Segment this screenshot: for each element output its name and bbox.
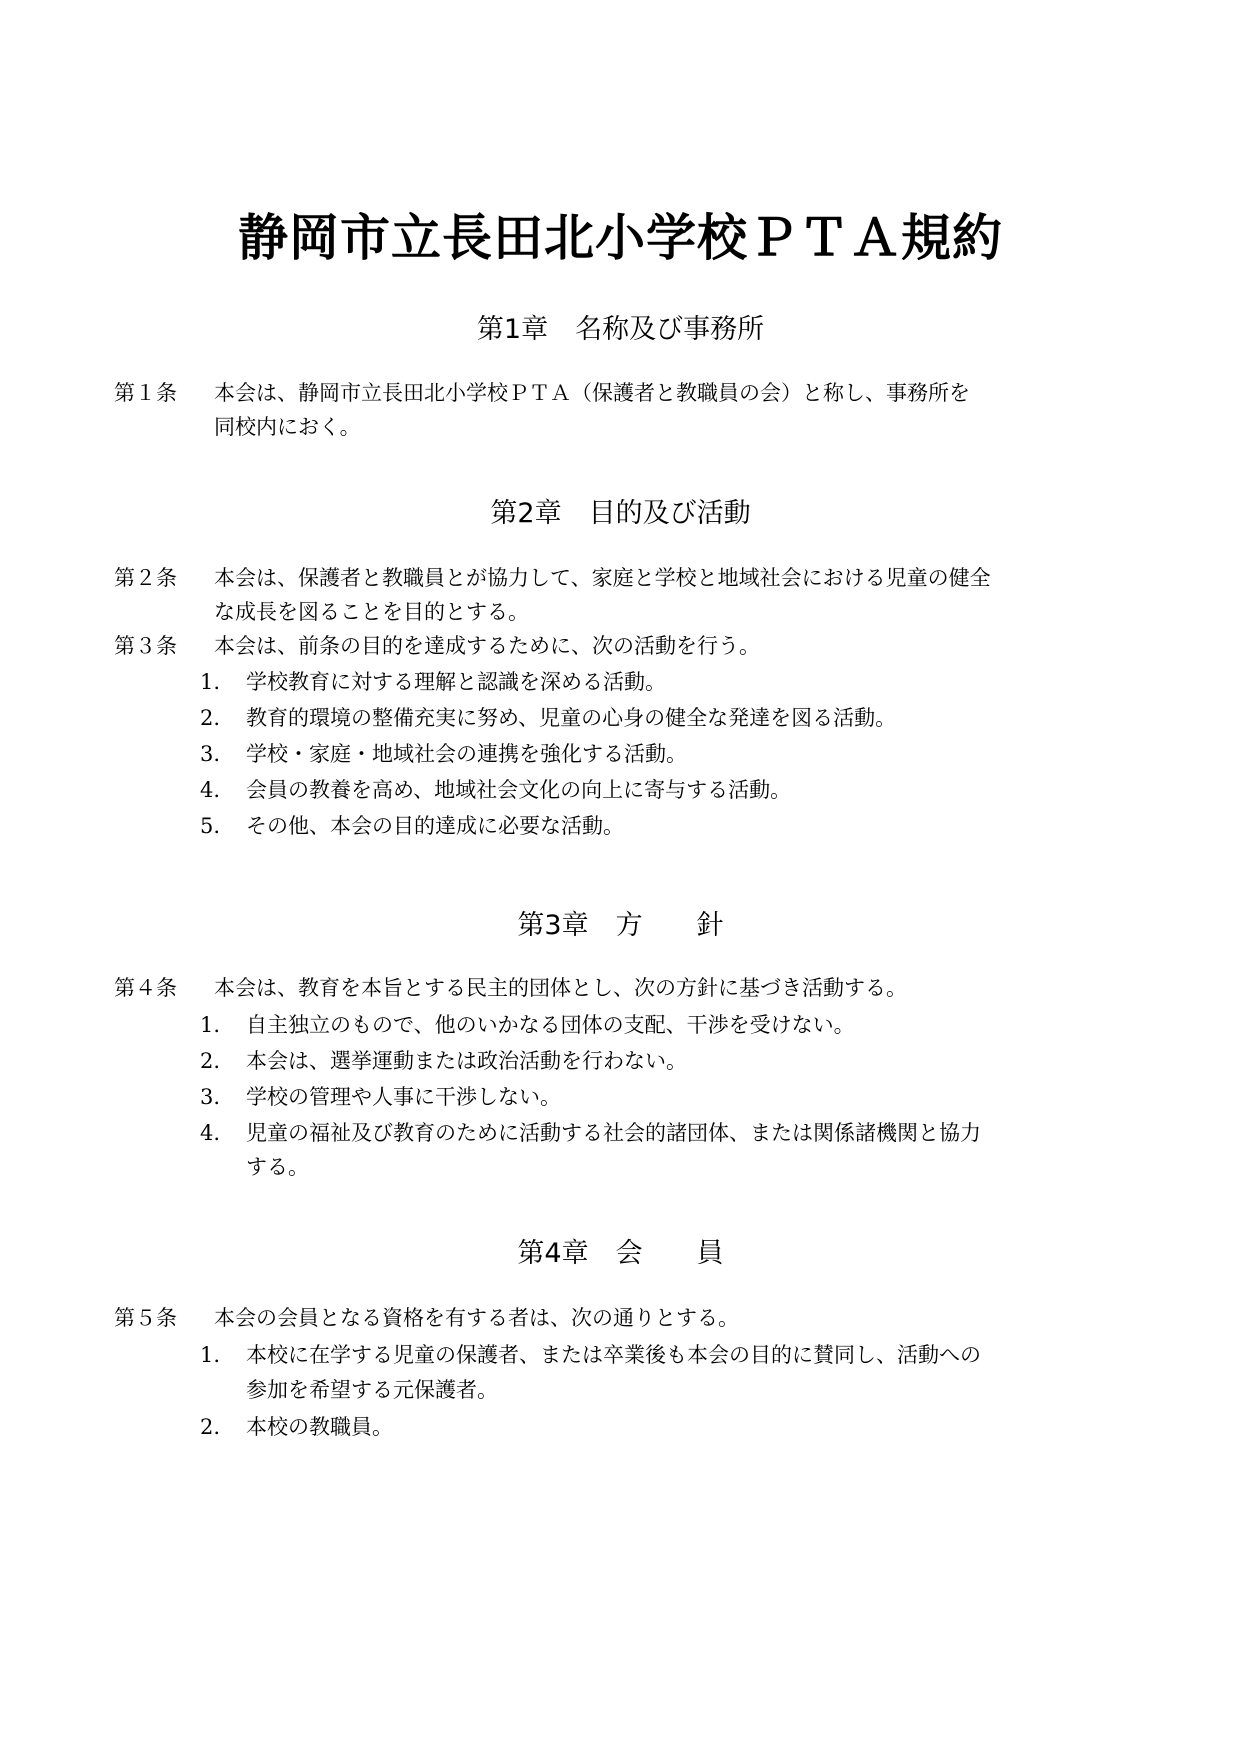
article-5-item-1-cont: 参加を希望する元保護者。 <box>246 1375 498 1405</box>
article-3-item-3: 学校・家庭・地域社会の連携を強化する活動。 <box>246 739 687 769</box>
document-title: 静岡市立長田北小学校ＰＴＡ規約 <box>0 206 1241 270</box>
article-4-item-2: 本会は、選挙運動または政治活動を行わない。 <box>246 1046 687 1076</box>
chapter-2-heading: 第2章 目的及び活動 <box>0 496 1241 532</box>
article-2-label: 第２条 <box>114 563 177 593</box>
article-3-item-4-num: 4. <box>200 775 220 805</box>
article-1-text-cont: 同校内におく。 <box>214 412 361 442</box>
article-1-text: 本会は、静岡市立長田北小学校ＰＴＡ（保護者と教職員の会）と称し、事務所を <box>214 378 970 408</box>
article-3-item-2-num: 2. <box>200 703 220 733</box>
article-4-item-3-num: 3. <box>200 1082 220 1112</box>
article-3-item-4: 会員の教養を高め、地域社会文化の向上に寄与する活動。 <box>246 775 791 805</box>
article-3-item-1-num: 1. <box>200 667 220 697</box>
article-3-item-3-num: 3. <box>200 739 220 769</box>
article-5-label: 第５条 <box>114 1303 177 1333</box>
article-4-label: 第４条 <box>114 973 177 1003</box>
chapter-4-heading: 第4章 会 員 <box>0 1236 1241 1272</box>
article-3-label: 第３条 <box>114 631 177 661</box>
article-3-item-5-num: 5. <box>200 811 220 841</box>
article-4-item-4-cont: する。 <box>246 1152 309 1182</box>
article-4-text: 本会は、教育を本旨とする民主的団体とし、次の方針に基づき活動する。 <box>214 973 907 1003</box>
article-3-item-5: その他、本会の目的達成に必要な活動。 <box>246 811 624 841</box>
article-3-item-2: 教育的環境の整備充実に努め、児童の心身の健全な発達を図る活動。 <box>246 703 896 733</box>
article-5-item-2: 本校の教職員。 <box>246 1412 393 1442</box>
article-4-item-3: 学校の管理や人事に干渉しない。 <box>246 1082 561 1112</box>
article-5-item-1: 本校に在学する児童の保護者、または卒業後も本会の目的に賛同し、活動への <box>246 1340 981 1370</box>
chapter-1-heading: 第1章 名称及び事務所 <box>0 312 1241 348</box>
article-3-item-1: 学校教育に対する理解と認識を深める活動。 <box>246 667 666 697</box>
article-1-label: 第１条 <box>114 378 177 408</box>
article-4-item-4: 児童の福祉及び教育のために活動する社会的諸団体、または関係諸機関と協力 <box>246 1118 981 1148</box>
article-3-text: 本会は、前条の目的を達成するために、次の活動を行う。 <box>214 631 760 661</box>
article-4-item-4-num: 4. <box>200 1118 220 1148</box>
article-5-item-2-num: 2. <box>200 1412 220 1442</box>
article-4-item-2-num: 2. <box>200 1046 220 1076</box>
article-5-text: 本会の会員となる資格を有する者は、次の通りとする。 <box>214 1303 739 1333</box>
article-2-text-cont: な成長を図ることを目的とする。 <box>214 597 529 627</box>
chapter-3-heading: 第3章 方 針 <box>0 908 1241 944</box>
article-4-item-1-num: 1. <box>200 1010 220 1040</box>
article-2-text: 本会は、保護者と教職員とが協力して、家庭と学校と地域社会における児童の健全 <box>214 563 991 593</box>
article-4-item-1: 自主独立のもので、他のいかなる団体の支配、干渉を受けない。 <box>246 1010 855 1040</box>
article-5-item-1-num: 1. <box>200 1340 220 1370</box>
